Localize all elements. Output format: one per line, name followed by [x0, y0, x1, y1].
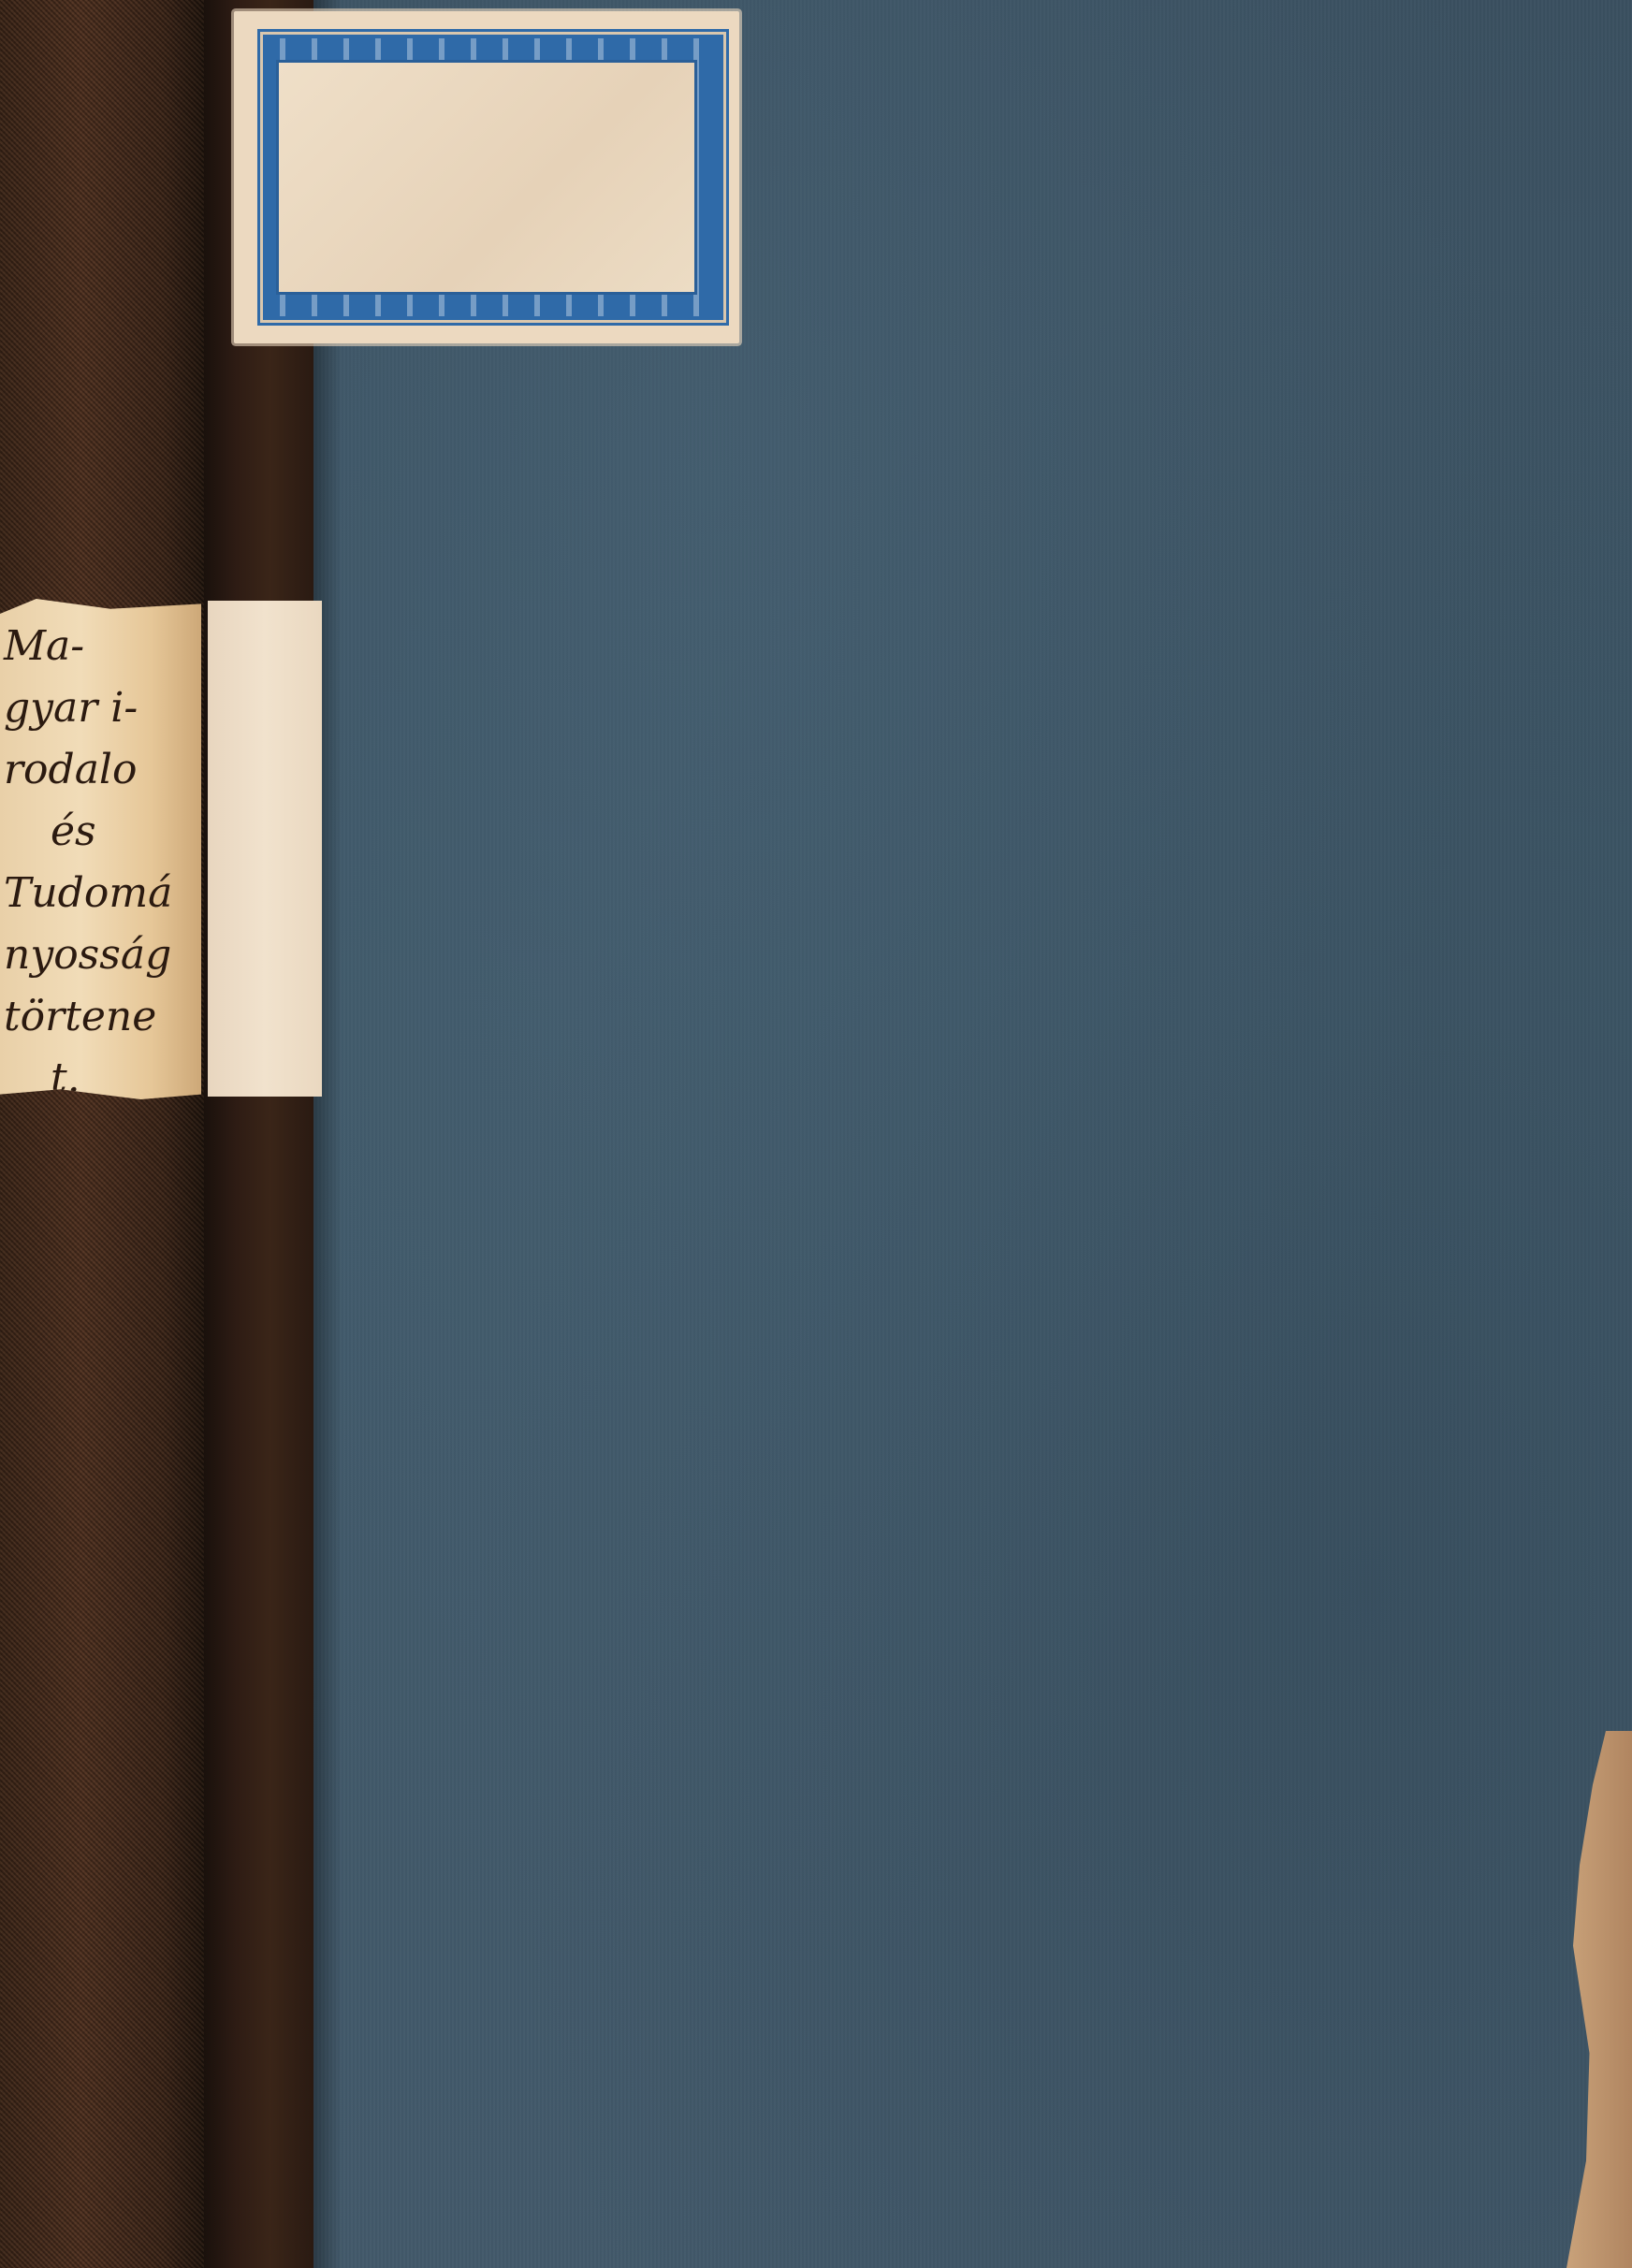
- title-line: és: [4, 801, 200, 863]
- title-line: Ma-: [4, 616, 200, 677]
- title-line: nyosság: [4, 924, 200, 986]
- title-line: rodalo: [4, 739, 200, 801]
- book-cover-photo: Ma- gyar i- rodalo és Tudomá nyosság tör…: [0, 0, 1632, 2268]
- blank-paper-strip: [208, 601, 322, 1097]
- bookplate-blank-field: [276, 60, 697, 295]
- handwritten-title: Ma- gyar i- rodalo és Tudomá nyosság tör…: [4, 616, 200, 1110]
- cloth-spine: [0, 0, 204, 2268]
- title-line: törtene: [4, 986, 200, 1048]
- title-line: Tudomá: [4, 863, 200, 924]
- spine-paper-label: Ma- gyar i- rodalo és Tudomá nyosság tör…: [0, 599, 201, 1099]
- bookplate-label: [234, 11, 739, 343]
- title-line: gyar i-: [4, 677, 200, 739]
